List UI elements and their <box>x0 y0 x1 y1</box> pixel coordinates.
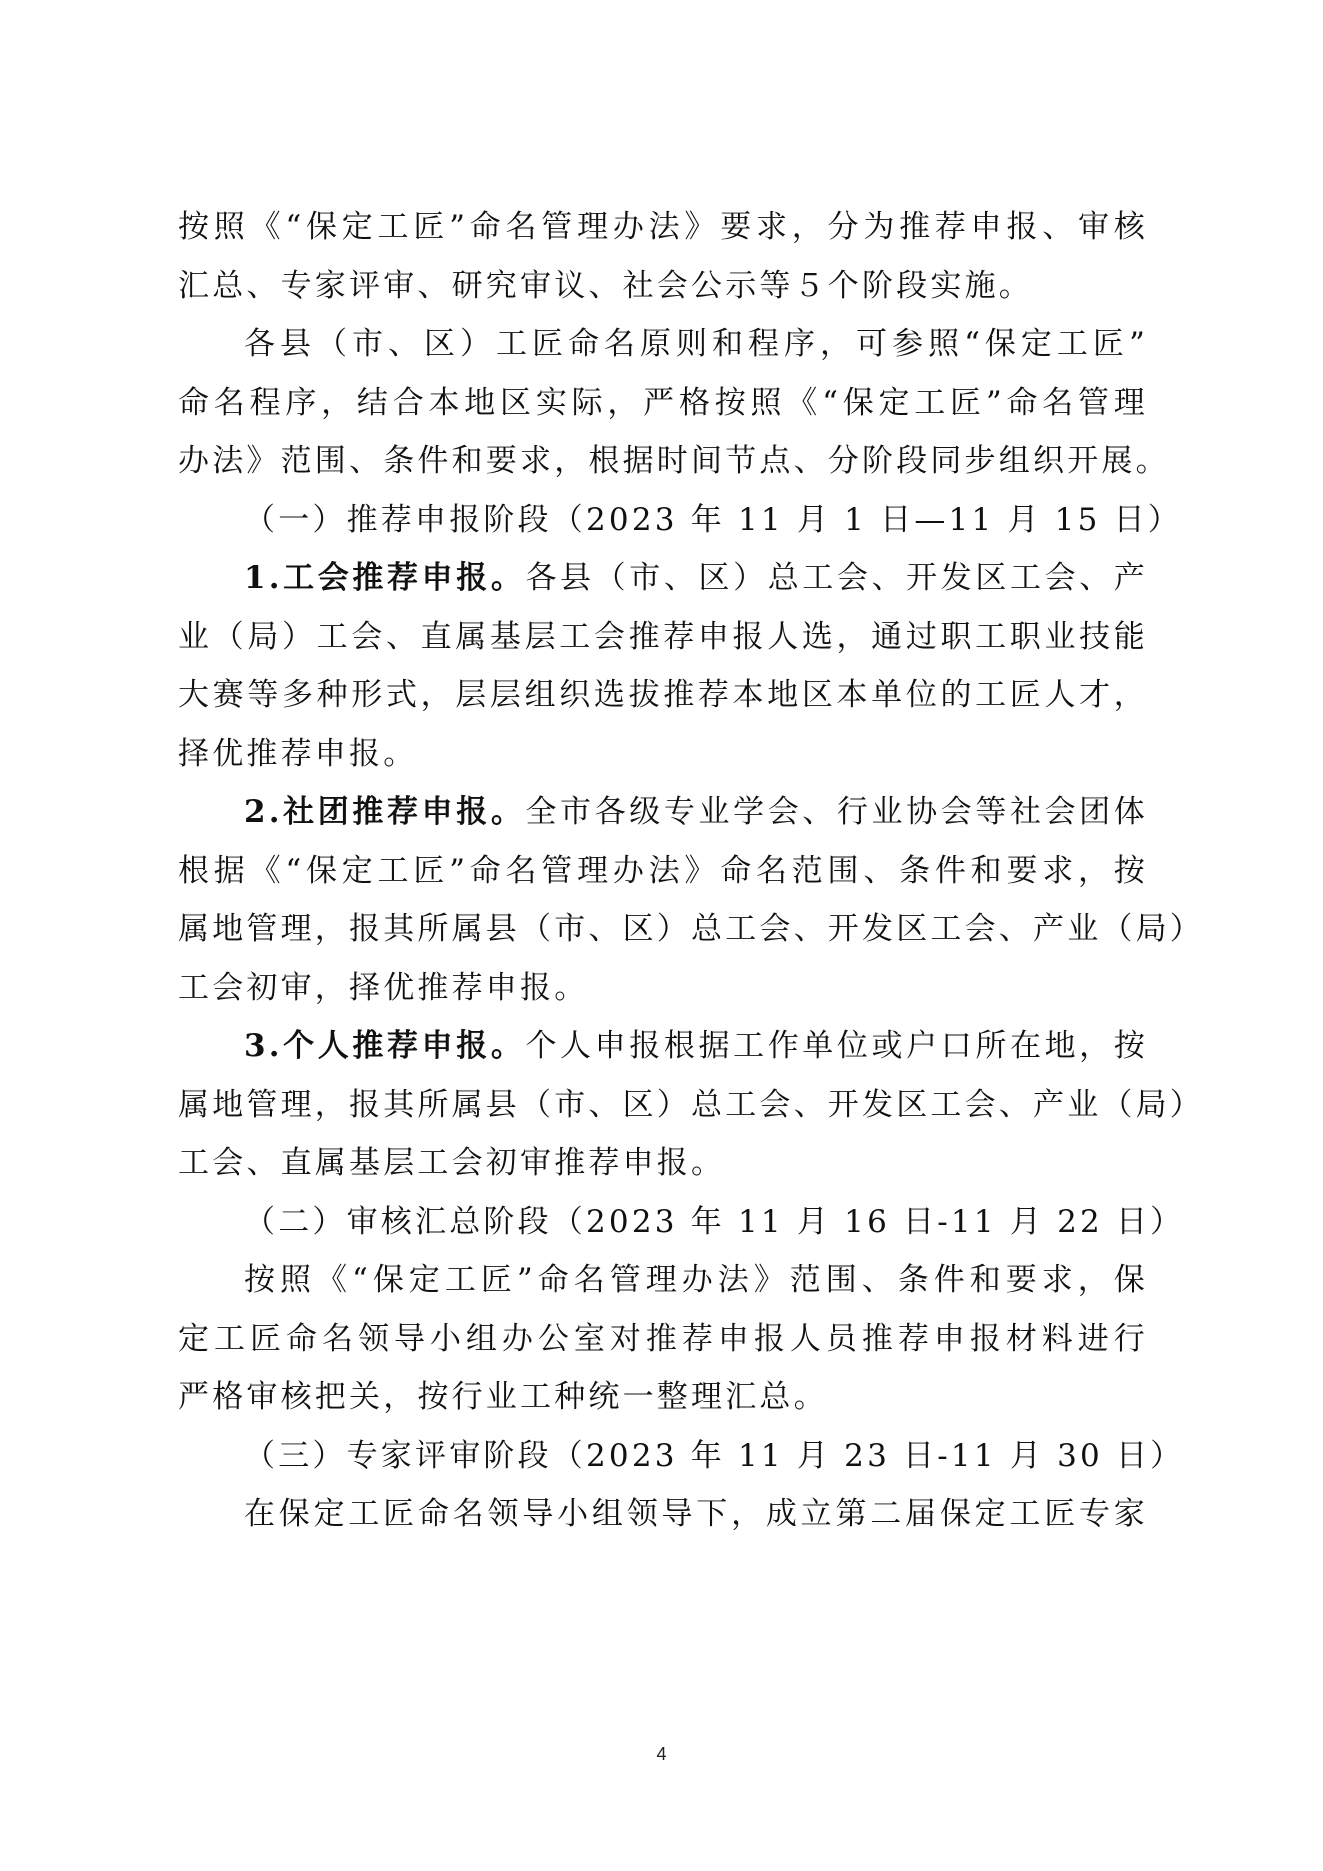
paragraph-line: 工会初审，择优推荐申报。 <box>178 959 1148 1018</box>
paragraph-line: 根据《“保定工匠”命名管理办法》命名范围、条件和要求，按 <box>178 842 1148 901</box>
item-text: 全市各级专业学会、行业协会等社会团体 <box>525 794 1148 830</box>
paragraph-line: 在保定工匠命名领导小组领导下，成立第二届保定工匠专家 <box>178 1485 1148 1544</box>
item-title-union: 1.工会推荐申报。 <box>244 560 525 596</box>
paragraph-line: 严格审核把关，按行业工种统一整理汇总。 <box>178 1368 1148 1427</box>
item-text: 个人申报根据工作单位或户口所在地，按 <box>525 1028 1148 1064</box>
paragraph-line: 大赛等多种形式，层层组织选拔推荐本地区本单位的工匠人才， <box>178 666 1148 725</box>
paragraph-line: 工会、直属基层工会初审推荐申报。 <box>178 1134 1148 1193</box>
paragraph-line: 命名程序，结合本地区实际，严格按照《“保定工匠”命名管理 <box>178 374 1148 433</box>
paragraph-line: 按照《“保定工匠”命名管理办法》要求，分为推荐申报、审核 <box>178 198 1148 257</box>
item-title-association: 2.社团推荐申报。 <box>244 794 525 830</box>
document-body: 按照《“保定工匠”命名管理办法》要求，分为推荐申报、审核 汇总、专家评审、研究审… <box>178 198 1148 1544</box>
section-heading-stage-3: （三）专家评审阶段（2023 年 11 月 23 日-11 月 30 日） <box>178 1427 1148 1486</box>
paragraph-line: 属地管理，报其所属县（市、区）总工会、开发区工会、产业（局） <box>178 1076 1148 1135</box>
paragraph-line: 汇总、专家评审、研究审议、社会公示等５个阶段实施。 <box>178 257 1148 316</box>
paragraph-line: 各县（市、区）工匠命名原则和程序，可参照“保定工匠” <box>178 315 1148 374</box>
paragraph-line: 1.工会推荐申报。各县（市、区）总工会、开发区工会、产 <box>178 549 1148 608</box>
document-page: 按照《“保定工匠”命名管理办法》要求，分为推荐申报、审核 汇总、专家评审、研究审… <box>0 0 1323 1871</box>
paragraph-line: 按照《“保定工匠”命名管理办法》范围、条件和要求，保 <box>178 1251 1148 1310</box>
paragraph-line: 定工匠命名领导小组办公室对推荐申报人员推荐申报材料进行 <box>178 1310 1148 1369</box>
paragraph-line: 2.社团推荐申报。全市各级专业学会、行业协会等社会团体 <box>178 783 1148 842</box>
paragraph-line: 办法》范围、条件和要求，根据时间节点、分阶段同步组织开展。 <box>178 432 1148 491</box>
section-heading-stage-2: （二）审核汇总阶段（2023 年 11 月 16 日-11 月 22 日） <box>178 1193 1148 1252</box>
item-title-individual: 3.个人推荐申报。 <box>244 1028 525 1064</box>
paragraph-line: 3.个人推荐申报。个人申报根据工作单位或户口所在地，按 <box>178 1017 1148 1076</box>
item-text: 各县（市、区）总工会、开发区工会、产 <box>525 560 1148 596</box>
paragraph-line: 择优推荐申报。 <box>178 725 1148 784</box>
section-heading-stage-1: （一）推荐申报阶段（2023 年 11 月 1 日—11 月 15 日） <box>178 491 1148 550</box>
page-number: 4 <box>0 1744 1323 1765</box>
paragraph-line: 属地管理，报其所属县（市、区）总工会、开发区工会、产业（局） <box>178 900 1148 959</box>
paragraph-line: 业（局）工会、直属基层工会推荐申报人选，通过职工职业技能 <box>178 608 1148 667</box>
